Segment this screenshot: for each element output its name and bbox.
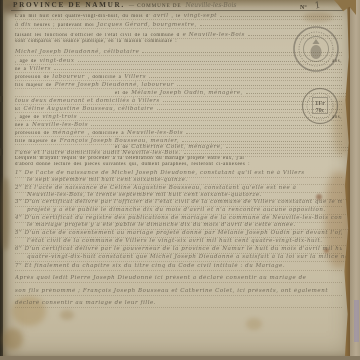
- doc-line: faisant les fonctions d'officier de l'ét…: [15, 31, 342, 39]
- rule-fill: [182, 137, 342, 142]
- doc-line: née àNeuville-les-Bois: [15, 121, 342, 129]
- doc-line: Après quoi ledit Pierre Joseph Dieudonné…: [15, 275, 342, 283]
- doc-line: l'état civil de la commune de Villers le…: [15, 238, 354, 246]
- handwritten-text: Mélanie Joseph Oudin, ménagère,: [131, 90, 243, 96]
- handwritten-text: 6° D'un certificat délivré par le gouver…: [15, 246, 342, 252]
- printed-text: , domiciliée à: [88, 131, 124, 136]
- handwritten-text: Céline Augustine Bousseau, célibataire: [23, 106, 153, 112]
- stain: [60, 310, 74, 320]
- rule-fill: [163, 97, 342, 102]
- doc-line: EtCéline Augustine Bousseau, célibataire: [15, 105, 342, 113]
- act-number-label: N°: [300, 5, 307, 11]
- province-title: PROVINCE DE NAMUR.: [13, 1, 125, 9]
- doc-line: profession deménagère, domiciliée àNeuvi…: [15, 129, 342, 137]
- printed-text: faisant les fonctions d'officier de l'ét…: [15, 33, 180, 38]
- rule-fill: [142, 48, 342, 53]
- printed-text: , domicilié à: [88, 75, 122, 80]
- rule-fill: [91, 121, 342, 126]
- document-scan: { "document": { "header": { "province": …: [0, 0, 360, 360]
- handwritten-text: vingt-trois: [42, 114, 77, 120]
- printed-text: Et: [15, 107, 20, 112]
- handwritten-text: son fils prénommé ; François Joseph Bous…: [15, 288, 328, 294]
- printed-text: sont comparus en séance publique, en la …: [15, 39, 177, 44]
- handwritten-text: 5° D'un acte de consentement au mariage …: [15, 230, 342, 236]
- printed-text: profession de: [15, 75, 49, 80]
- handwritten-text: le mariage projeté y a été publié le dim…: [27, 222, 296, 228]
- rule-fill: [200, 21, 342, 26]
- stain: [3, 328, 23, 350]
- doc-line: 5° D'un acte de consentement au mariage …: [15, 230, 342, 238]
- doc-line: profession delaboureur, domicilié àVille…: [15, 73, 342, 81]
- doc-line: le mariage projeté y a été publié le dim…: [15, 222, 354, 230]
- handwritten-text: tous deux demeurant et domiciliés à Vill…: [15, 98, 160, 104]
- handwritten-text: Villers: [124, 74, 146, 80]
- doc-line: et deMélanie Joseph Oudin, ménagère,: [15, 89, 360, 97]
- printed-text: d'abord donné lecture des pièces suivant…: [15, 162, 250, 167]
- printed-text: L'an mil huit cent quatre-vingt-dix-huit…: [15, 14, 150, 19]
- handwritten-text: 7° Et finalement du chapitre six du titr…: [15, 263, 285, 269]
- commune-value-handwritten: Neuville-les-Bois: [185, 2, 236, 9]
- handwritten-text: Neuville-les-Bois, le trente septembre m…: [27, 192, 262, 198]
- handwritten-text: vingt-deux: [40, 58, 75, 64]
- printed-text: , âgé de: [15, 59, 37, 64]
- handwritten-text: ménagère: [52, 130, 84, 136]
- handwritten-text: laboureur: [52, 74, 84, 80]
- edge-sliver: [354, 300, 359, 342]
- handwritten-text: e Neuville-les-Bois: [183, 32, 245, 38]
- printed-text: , le: [172, 14, 181, 19]
- printed-text: Lesquels m'ayant requis de procéder à la…: [15, 156, 244, 161]
- printed-text: fils majeur de: [15, 83, 52, 88]
- handwritten-text: 4° D'un certificat du registre des publi…: [15, 215, 342, 221]
- handwritten-text: vingt-sept: [184, 13, 217, 19]
- printed-text: et de: [115, 91, 128, 96]
- printed-text: profession de: [15, 131, 49, 136]
- doc-line: né àVillers: [15, 65, 342, 73]
- handwritten-text: quatre-vingt-dix-huit constatant que Mic…: [27, 254, 354, 260]
- doc-line: , âgée devingt-troisans,: [15, 113, 342, 121]
- handwritten-text: 3° D'un certificat délivré par l'officie…: [15, 199, 342, 205]
- doc-line: L'an mil huit cent quatre-vingt-dix-huit…: [15, 12, 342, 20]
- handwritten-text: à dix: [15, 22, 31, 28]
- rule-fill: [186, 129, 342, 134]
- rule-fill: [184, 149, 342, 154]
- doc-line: son fils prénommé ; François Joseph Bous…: [15, 288, 342, 296]
- document-page: PROVINCE DE NAMUR. — COMMUNE DE Neuville…: [3, 0, 352, 357]
- handwritten-text: Après quoi ledit Pierre Joseph Dieudonné…: [15, 275, 306, 281]
- commune-label: — COMMUNE DE: [129, 3, 182, 9]
- doc-line: Michel Joseph Dieudonné, célibataire: [15, 48, 342, 56]
- rule-fill: [149, 73, 342, 78]
- printed-text: heures ; pardevant moi: [34, 23, 94, 28]
- doc-line: sont comparus en séance publique, en la …: [15, 39, 342, 46]
- handwritten-text: l'état civil de la commune de Villers le…: [27, 238, 323, 244]
- document-header: PROVINCE DE NAMUR. — COMMUNE DE Neuville…: [13, 1, 313, 9]
- rule-fill: [248, 31, 342, 36]
- doc-line: projeté y a été publié le dimanche dix d…: [15, 207, 354, 215]
- rule-fill: [157, 105, 342, 110]
- handwritten-text: Michel Joseph Dieudonné, célibataire: [15, 49, 139, 55]
- stain: [246, 318, 262, 330]
- rule-fill: [80, 113, 329, 118]
- handwritten-text: 1° De l'acte de naissance de Michel Jose…: [15, 170, 305, 176]
- printed-text: ans,: [332, 59, 342, 64]
- header-rule: [11, 10, 343, 11]
- handwritten-text: avril: [153, 13, 168, 19]
- bottom-page-edge: [0, 356, 360, 360]
- handwritten-text: Neuville-les-Bois: [127, 130, 183, 136]
- rule-fill: [177, 81, 342, 86]
- rule-fill: [220, 12, 342, 17]
- handwritten-text: déclaré consentir au mariage de leur fil…: [15, 300, 156, 306]
- doc-line: quatre-vingt-dix-huit constatant que Mic…: [15, 254, 354, 262]
- rule-fill: [226, 143, 360, 148]
- handwritten-text: Pierre Joseph Dieudonné, laboureur: [55, 82, 174, 88]
- rule-fill: [78, 57, 330, 62]
- stain: [1, 178, 10, 250]
- handwritten-text: Villers: [29, 66, 51, 72]
- doc-line: d'abord donné lecture des pièces suivant…: [15, 162, 342, 169]
- doc-line: 6° D'un certificat délivré par le gouver…: [15, 246, 342, 254]
- printed-text: née à: [15, 123, 29, 128]
- handwritten-text: projeté y a été publié le dimanche dix d…: [27, 207, 326, 213]
- rule-fill: [54, 65, 342, 70]
- handwritten-text: Neuville-les-Bois: [32, 122, 88, 128]
- printed-text: , âgée de: [15, 115, 39, 120]
- doc-line: , âgé devingt-deuxans,: [15, 57, 342, 65]
- printed-text: ans,: [332, 115, 342, 120]
- doc-line: 3° D'un certificat délivré par l'officie…: [15, 199, 342, 207]
- doc-line: déclaré consentir au mariage de leur fil…: [15, 300, 342, 308]
- handwritten-text: le sept septembre mil huit cent soixante…: [27, 177, 188, 183]
- handwritten-text: 2° Et l'acte de naissance de Céline Augu…: [15, 185, 296, 191]
- rule-fill: [246, 89, 360, 94]
- printed-text: né à: [15, 67, 26, 72]
- handwritten-text: Jacques Gérard, bourgmestre,: [97, 22, 197, 28]
- doc-line: 7° Et finalement du chapitre six du titr…: [15, 263, 342, 271]
- doc-line: le sept septembre mil huit cent soixante…: [15, 177, 354, 185]
- doc-line: à dixheures ; pardevant moiJacques Gérar…: [15, 21, 342, 29]
- doc-line: fils majeur dePierre Joseph Dieudonné, l…: [15, 81, 342, 89]
- doc-line: tous deux demeurant et domiciliés à Vill…: [15, 97, 342, 105]
